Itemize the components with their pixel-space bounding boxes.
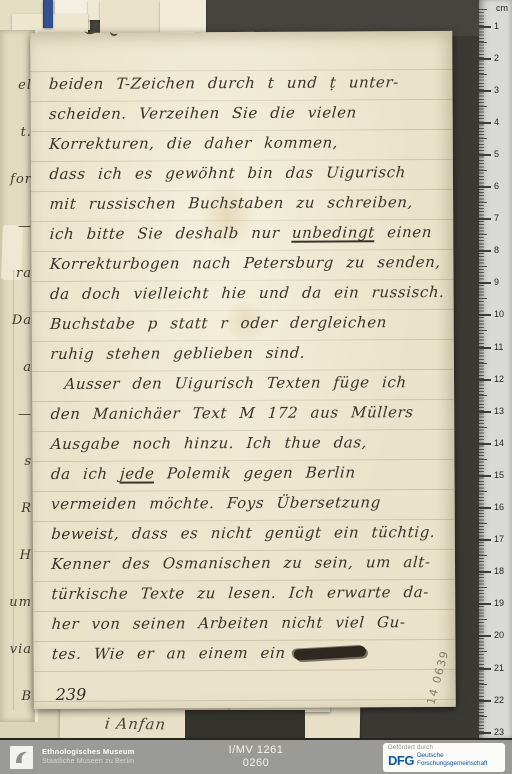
ruler-cm-tick [479, 635, 491, 637]
edge-text-fragment: R [21, 501, 32, 516]
ruler-cm-tick [479, 443, 491, 445]
ruler-cm-tick [479, 347, 491, 349]
letter-line: tes. Wie er an einem ein [51, 643, 455, 675]
ruler-cm-label: 17 [494, 534, 504, 544]
letter-line: da ich jede Polemik gegen Berlin [50, 463, 454, 495]
letter-line: ich bitte Sie deshalb nur unbedingt eine… [48, 223, 452, 255]
ruler-half-tick [479, 202, 487, 203]
letter-page: beiden T-Zeichen durch t und ṭ unter-sch… [30, 31, 456, 709]
under-sheet-text: i Anfan [104, 715, 167, 734]
ruler-cm-label: 5 [494, 149, 499, 159]
ruler-cm-tick [479, 218, 491, 220]
letter-line: ruhig stehen geblieben sind. [49, 343, 453, 375]
ruler-cm-tick [479, 58, 491, 60]
inventory-number: I/MV 1261 [181, 744, 331, 756]
ruler-cm-label: 11 [494, 342, 503, 352]
funder-label: Gefördert durch [388, 745, 500, 751]
ruler-cm-label: 1 [494, 21, 499, 31]
scan-viewport: i Anfan elt.for—raDaa—sRHumviaB beiden T… [0, 0, 512, 774]
letter-line: Ausser den Uigurisch Texten füge ich [49, 373, 453, 405]
ruler-half-tick [479, 587, 487, 588]
smb-wave-logo-icon [10, 746, 33, 769]
ruler-cm-label: 20 [494, 630, 504, 640]
ruler-cm-label: 22 [494, 695, 504, 705]
ruler-half-tick [479, 9, 487, 10]
edge-text-fragment: Da [12, 313, 32, 328]
blue-bookmark-strip [43, 0, 53, 28]
ruler-cm-tick [479, 90, 491, 92]
letter-line: Ausgabe noch hinzu. Ich thue das, [49, 433, 453, 465]
ruler-cm-tick [479, 186, 491, 188]
ink-scribble [294, 645, 366, 660]
ruler-cm-tick [479, 668, 491, 670]
ruler-half-tick [479, 427, 487, 428]
scan-identifier: I/MV 1261 0260 [181, 744, 331, 769]
ruler-cm-label: 19 [494, 598, 504, 608]
ruler-cm-tick [479, 507, 491, 509]
paper-scrap [160, 0, 206, 33]
ruler-half-tick [479, 42, 487, 43]
ruler-half-tick [479, 716, 487, 717]
ruler-cm-label: 8 [494, 245, 499, 255]
footer-bar: Ethnologisches Museum Staatliche Museen … [0, 738, 512, 774]
ruler-half-tick [479, 266, 487, 267]
edge-text-fragment: via [10, 642, 32, 657]
edge-text-fragment: for [10, 172, 32, 187]
ruler-cm-tick [479, 379, 491, 381]
ruler-half-tick [479, 684, 487, 685]
ruler-cm-tick [479, 411, 491, 413]
handwritten-text: beiden T-Zeichen durch t und ṭ unter-sch… [48, 73, 453, 675]
ruler-half-tick [479, 138, 487, 139]
ruler-half-tick [479, 298, 487, 299]
ruler-cm-tick [479, 314, 491, 316]
edge-text-fragment: H [20, 548, 32, 563]
ruler-mm-ticks [479, 9, 484, 735]
ruler-cm-tick [479, 732, 491, 734]
ruler-half-tick [479, 170, 487, 171]
museum-name: Ethnologisches Museum [42, 747, 135, 757]
ruler-cm-label: 21 [494, 663, 504, 673]
ruler-cm-label: 3 [494, 85, 499, 95]
edge-text-fragment: B [21, 689, 32, 704]
edge-text-fragment: s [24, 454, 32, 469]
ruler-cm-tick [479, 603, 491, 605]
letter-line: mit russischen Buchstaben zu schreiben, [48, 193, 452, 225]
ruler-cm-label: 7 [494, 213, 499, 223]
ruler-half-tick [479, 619, 487, 620]
letter-line: Korrekturbogen nach Petersburg zu senden… [49, 253, 453, 285]
ruler-cm-tick [479, 700, 491, 702]
edge-text-fragment: a [23, 360, 32, 375]
ruler-cm-tick [479, 154, 491, 156]
ruler-half-tick [479, 459, 487, 460]
museum-identity: Ethnologisches Museum Staatliche Museen … [42, 747, 135, 767]
ruler-half-tick [479, 523, 487, 524]
ruler-cm-tick [479, 475, 491, 477]
ruler-unit-label: cm [496, 3, 508, 13]
ruler-cm-label: 10 [494, 309, 504, 319]
funder-name: Deutsche Forschungsgemeinschaft [417, 752, 487, 768]
ruler-cm-label: 4 [494, 117, 499, 127]
ruler-half-tick [479, 363, 487, 364]
scan-number: 0260 [181, 757, 331, 769]
ruler: cm 1234567891011121314151617181920212223 [479, 0, 512, 738]
ruler-half-tick [479, 395, 487, 396]
museum-subtitle: Staatliche Museen zu Berlin [42, 757, 135, 766]
dfg-funding-panel: Gefördert durch DFG Deutsche Forschungsg… [383, 743, 505, 772]
letter-line: dass ich es gewöhnt bin das Uigurisch [48, 163, 452, 195]
ruler-cm-label: 18 [494, 566, 504, 576]
ruler-half-tick [479, 491, 487, 492]
letter-line: den Manichäer Text M 172 aus Müllers [49, 403, 453, 435]
ruler-cm-tick [479, 539, 491, 541]
edge-text-fragment: — [18, 407, 32, 422]
letter-line: her von seinen Arbeiten nicht viel Gu- [50, 613, 454, 645]
letter-line: Korrekturen, die daher kommen, [48, 133, 452, 165]
ruler-cm-tick [479, 282, 491, 284]
ruler-half-tick [479, 330, 487, 331]
ruler-cm-label: 13 [494, 406, 504, 416]
dfg-logo: DFG [388, 753, 414, 768]
ruler-cm-tick [479, 250, 491, 252]
book-cover-corner [185, 710, 305, 740]
ruler-cm-label: 23 [494, 727, 504, 737]
ruler-cm-tick [479, 122, 491, 124]
ruler-half-tick [479, 651, 487, 652]
ruler-cm-tick [479, 571, 491, 573]
ruler-cm-label: 6 [494, 181, 499, 191]
letter-line: beweist, dass es nicht genügt ein tüchti… [50, 523, 454, 555]
edge-text-fragment: ra [16, 266, 32, 281]
ruler-half-tick [479, 74, 487, 75]
letter-line: Kenner des Osmanischen zu sein, um alt- [50, 553, 454, 585]
ruler-cm-label: 2 [494, 53, 499, 63]
letter-line: vermeiden möchte. Foys Übersetzung [50, 493, 454, 525]
letter-line: da doch vielleicht hie und da ein russis… [49, 283, 453, 315]
ruler-half-tick [479, 555, 487, 556]
ruler-cm-tick [479, 26, 491, 28]
ruler-cm-label: 15 [494, 470, 504, 480]
ruler-cm-label: 14 [494, 438, 504, 448]
ruler-cm-label: 9 [494, 277, 499, 287]
ruler-half-tick [479, 234, 487, 235]
letter-line: türkische Texte zu lesen. Ich erwarte da… [50, 583, 454, 615]
letter-line: scheiden. Verzeihen Sie die vielen [48, 103, 452, 135]
edge-text-fragment: um [9, 595, 32, 610]
letter-line: beiden T-Zeichen durch t und ṭ unter- [48, 73, 452, 105]
letter-line: Buchstabe p statt r oder dergleichen [49, 313, 453, 345]
page-number: 239 [56, 685, 87, 704]
edge-text-fragment: — [18, 219, 32, 234]
ruler-cm-label: 12 [494, 374, 504, 384]
ruler-half-tick [479, 106, 487, 107]
ruler-cm-label: 16 [494, 502, 504, 512]
